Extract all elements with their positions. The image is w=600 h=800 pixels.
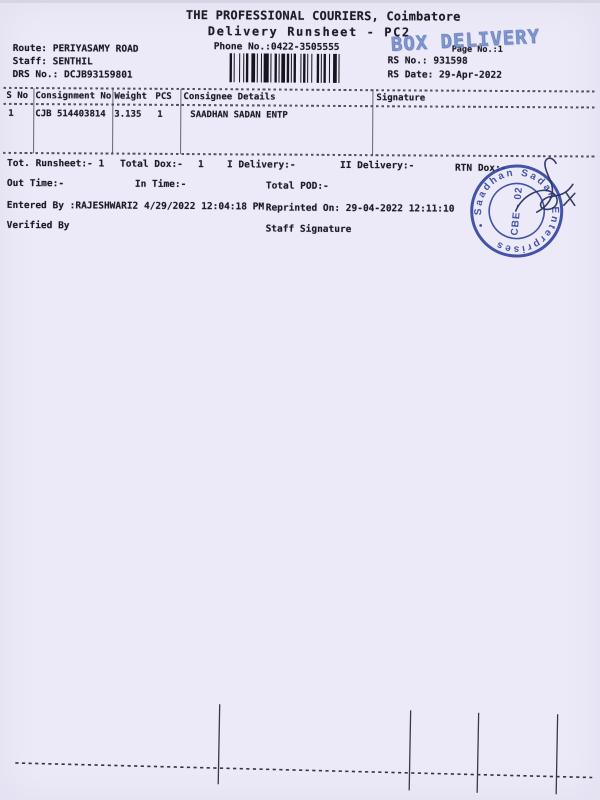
- delivery-runsheet-document: THE PROFESSIONAL COURIERS, Coimbatore De…: [0, 0, 600, 800]
- route-field: Route: PERIYASAMY ROAD: [13, 44, 139, 54]
- row-weight: 3.135: [114, 111, 141, 120]
- box-delivery-stamp: BOX DELIVERY: [390, 26, 540, 56]
- column-divider: [372, 90, 374, 155]
- col-header-weight: Weight: [114, 93, 147, 102]
- row-sno: 1: [8, 110, 13, 119]
- company-title: THE PROFESSIONAL COURIERS, Coimbatore: [186, 9, 461, 23]
- phone-number: Phone No.:0422-3505555: [214, 42, 340, 52]
- col-header-consignment: Consignment No: [35, 92, 111, 101]
- ii-delivery: II Delivery:-: [340, 161, 414, 171]
- in-time: In Time:-: [135, 180, 187, 190]
- i-delivery: I Delivery:-: [227, 160, 296, 170]
- total-dox-value: 1: [198, 160, 204, 170]
- row-consignment: CJB 514403814: [35, 110, 106, 119]
- tot-runsheet: Tot. Runsheet:- 1: [7, 159, 104, 169]
- entered-by: Entered By :RAJESHWARI2 4/29/2022 12:04:…: [7, 201, 264, 212]
- column-divider: [112, 89, 114, 154]
- rs-no-field: RS No.: 931598: [388, 56, 468, 66]
- document-subtitle: Delivery Runsheet - PC2: [208, 25, 411, 38]
- out-time: Out Time:-: [7, 179, 64, 189]
- total-pod: Total POD:-: [266, 182, 329, 192]
- col-header-consignee: Consignee Details: [183, 93, 275, 103]
- scanned-page-content: THE PROFESSIONAL COURIERS, Coimbatore De…: [0, 0, 600, 800]
- bottom-scan-artifacts: [0, 690, 596, 800]
- row-consignee: SAADHAN SADAN ENTP: [190, 111, 288, 121]
- row-pcs: 1: [157, 111, 162, 120]
- reprinted-on: Reprinted On: 29-04-2022 12:11:10: [266, 204, 455, 215]
- column-divider: [180, 89, 182, 154]
- rs-date-field: RS Date: 29-Apr-2022: [388, 70, 502, 80]
- staff-field: Staff: SENTHIL: [13, 57, 93, 67]
- staff-signature-label: Staff Signature: [266, 225, 352, 235]
- drs-no-field: DRS No.: DCJB93159801: [13, 70, 133, 80]
- handwritten-signature: [494, 153, 600, 244]
- col-header-pcs: PCS: [155, 93, 171, 102]
- column-divider: [33, 88, 35, 153]
- col-header-signature: Signature: [376, 94, 425, 103]
- barcode: [230, 53, 343, 83]
- table-header-rule: [3, 103, 597, 109]
- verified-by: Verified By: [7, 221, 70, 231]
- col-header-sno: S No: [6, 92, 28, 101]
- total-dox-label: Total Dox:-: [120, 160, 183, 170]
